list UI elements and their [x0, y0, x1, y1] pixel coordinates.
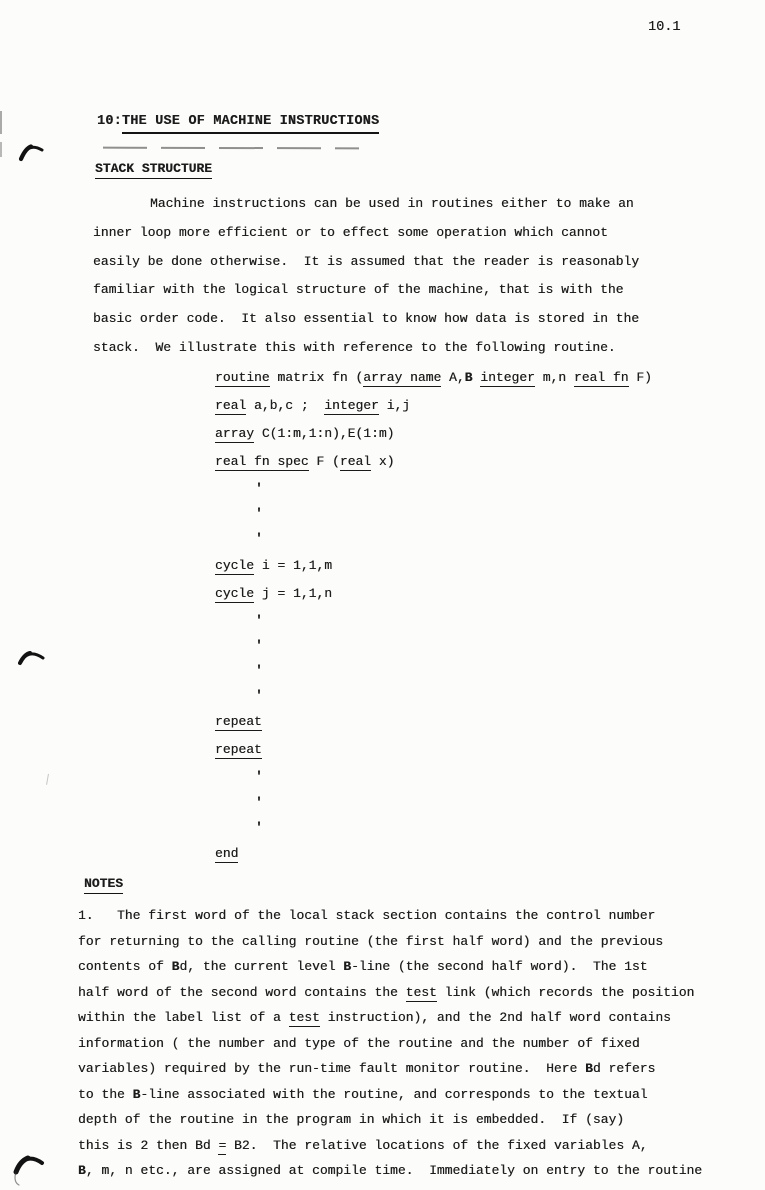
note-line: variables) required by the run-time faul… [78, 1056, 702, 1082]
paragraph-line: easily be done otherwise. It is assumed … [93, 248, 639, 277]
pen-mark-icon [18, 650, 46, 668]
notes-heading: NOTES [84, 876, 123, 891]
code-line: ' [215, 608, 652, 633]
pen-mark-icon [18, 142, 50, 164]
code-line: cycle j = 1,1,n [215, 580, 652, 608]
code-line: routine matrix fn (array name A,B intege… [215, 364, 652, 392]
chapter-number: 10: [97, 114, 122, 129]
chapter-title: THE USE OF MACHINE INSTRUCTIONS [122, 114, 379, 134]
code-line: repeat [215, 736, 652, 764]
code-line: ' [215, 633, 652, 658]
note-line: this is 2 then Bd = B2. The relative loc… [78, 1133, 702, 1159]
note-line: half word of the second word contains th… [78, 980, 702, 1006]
paragraph-line: stack. We illustrate this with reference… [93, 334, 639, 363]
chapter-heading: 10:THE USE OF MACHINE INSTRUCTIONS [97, 114, 379, 129]
section-heading: STACK STRUCTURE [95, 161, 212, 176]
code-line: ' [215, 764, 652, 789]
code-line: array C(1:m,1:n),E(1:m) [215, 420, 652, 448]
code-line: ' [215, 683, 652, 708]
paragraph-line: familiar with the logical structure of t… [93, 276, 639, 305]
code-line: end [215, 840, 652, 868]
note-line: depth of the routine in the program in w… [78, 1107, 702, 1133]
double-strike-underline [103, 147, 359, 149]
ink-speck [46, 774, 51, 785]
pen-mark-icon [12, 1152, 46, 1188]
code-line: repeat [215, 708, 652, 736]
notes-heading-label: NOTES [84, 876, 123, 894]
code-line: real a,b,c ; integer i,j [215, 392, 652, 420]
scan-edge-artifact [0, 142, 2, 157]
code-line: ' [215, 815, 652, 840]
note-line: B, m, n etc., are assigned at compile ti… [78, 1158, 702, 1184]
paragraph-line: Machine instructions can be used in rout… [93, 190, 639, 219]
code-line: ' [215, 658, 652, 683]
note-line: information ( the number and type of the… [78, 1031, 702, 1057]
section-heading-label: STACK STRUCTURE [95, 161, 212, 179]
routine-listing: routine matrix fn (array name A,B intege… [215, 364, 652, 868]
scan-edge-artifact [0, 111, 2, 134]
note-line: contents of Bd, the current level B-line… [78, 954, 702, 980]
page-number: 10.1 [648, 20, 680, 35]
code-line: ' [215, 790, 652, 815]
code-line: ' [215, 501, 652, 526]
paragraph-line: inner loop more efficient or to effect s… [93, 219, 639, 248]
note-line: 1. The first word of the local stack sec… [78, 903, 702, 929]
note-line: to the B-line associated with the routin… [78, 1082, 702, 1108]
code-line: ' [215, 526, 652, 551]
note-line: for returning to the calling routine (th… [78, 929, 702, 955]
paragraph-line: basic order code. It also essential to k… [93, 305, 639, 334]
notes-list: 1. The first word of the local stack sec… [78, 903, 702, 1184]
note-line: within the label list of a test instruct… [78, 1005, 702, 1031]
code-line: cycle i = 1,1,m [215, 552, 652, 580]
code-line: real fn spec F (real x) [215, 448, 652, 476]
intro-paragraph: Machine instructions can be used in rout… [93, 190, 639, 363]
scanned-document-page: 10.1 10:THE USE OF MACHINE INSTRUCTIONS … [0, 0, 765, 1190]
code-line: ' [215, 476, 652, 501]
